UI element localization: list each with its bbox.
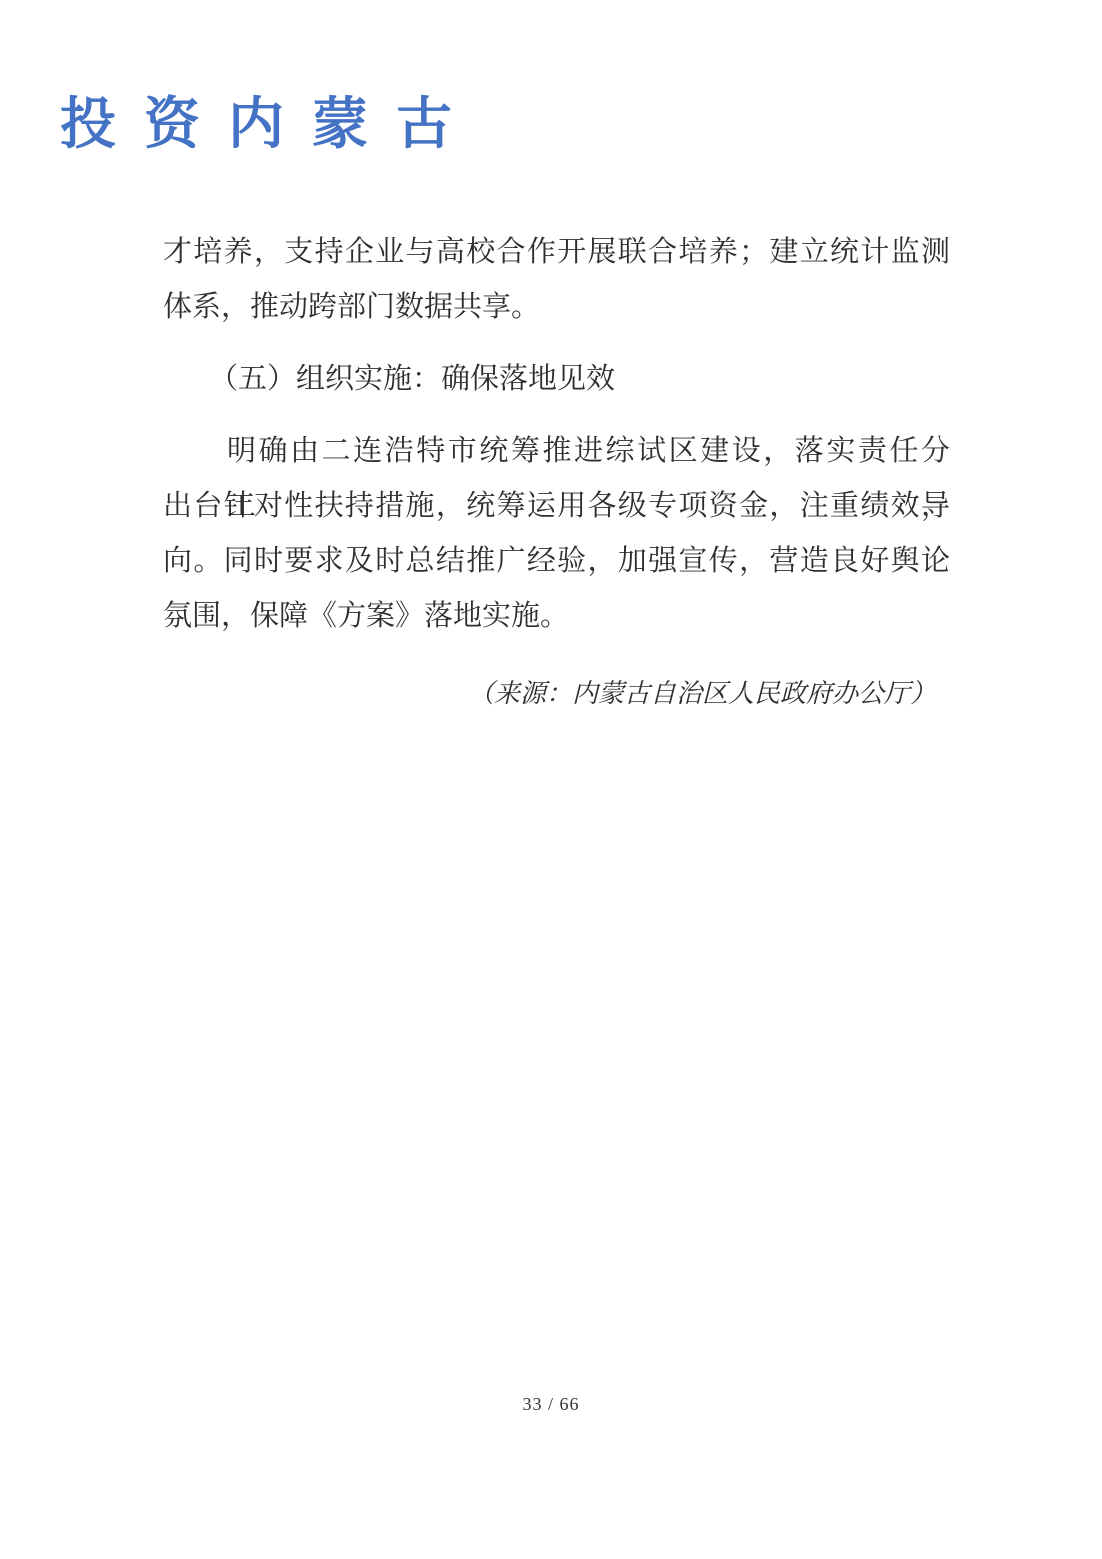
body-paragraph-2: 明确由二连浩特市统筹推进综试区建设，落实责任分工， 出台针对性扶持措施，统筹运用…	[163, 424, 950, 644]
text-line: 才培养，支持企业与高校合作开展联合培养；建立统计监测	[163, 225, 950, 280]
section-heading: （五）组织实施：确保落地见效	[163, 352, 950, 407]
text-line: 体系，推动跨部门数据共享。	[163, 280, 950, 335]
body-paragraph-1: 才培养，支持企业与高校合作开展联合培养；建立统计监测 体系，推动跨部门数据共享。	[163, 225, 950, 335]
body-text-block: 才培养，支持企业与高校合作开展联合培养；建立统计监测 体系，推动跨部门数据共享。…	[163, 225, 950, 721]
text-line: 明确由二连浩特市统筹推进综试区建设，落实责任分工，	[163, 424, 950, 479]
page-number: 33 / 66	[0, 1394, 1102, 1415]
source-attribution: （来源：内蒙古自治区人民政府办公厅）	[163, 666, 950, 721]
text-line: 向。同时要求及时总结推广经验，加强宣传，营造良好舆论	[163, 534, 950, 589]
text-line: 氛围，保障《方案》落地实施。	[163, 589, 950, 644]
document-page: 投 资 内 蒙 古 才培养，支持企业与高校合作开展联合培养；建立统计监测 体系，…	[0, 0, 1102, 1559]
text-line: 出台针对性扶持措施，统筹运用各级专项资金，注重绩效导	[163, 479, 950, 534]
page-title: 投 资 内 蒙 古	[60, 92, 459, 159]
